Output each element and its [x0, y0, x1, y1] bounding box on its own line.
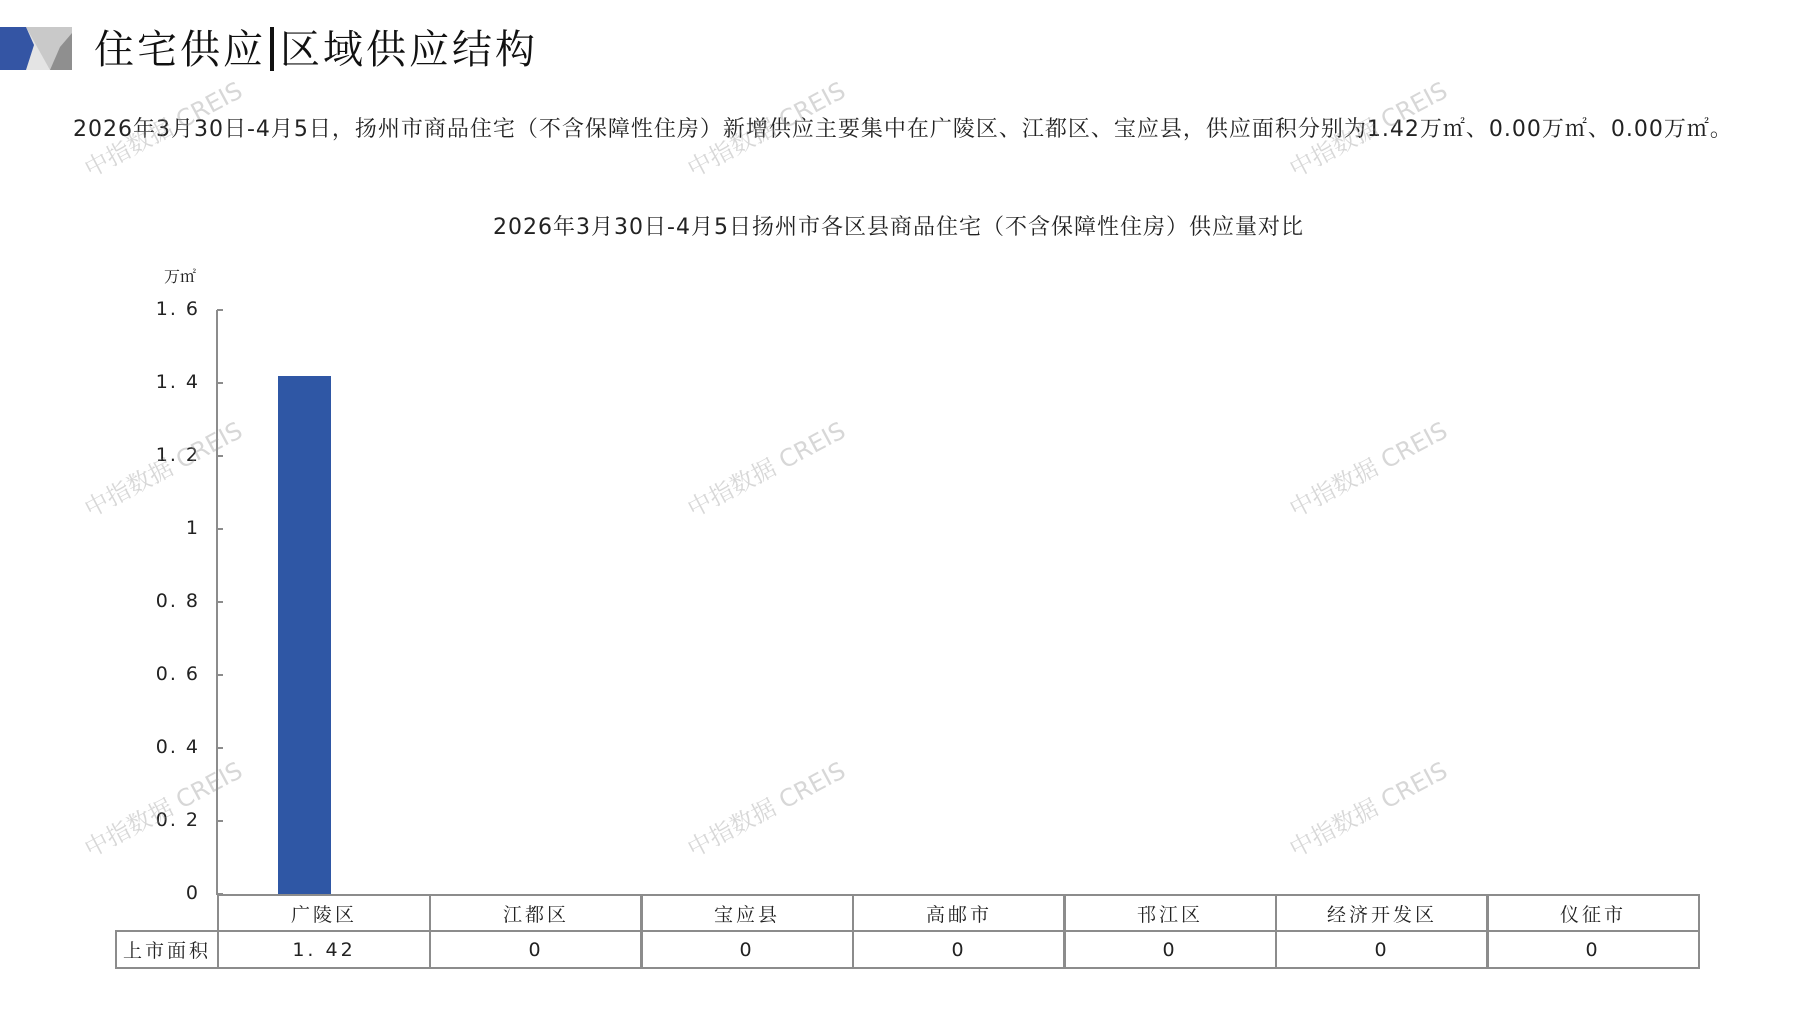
x-category-label: 广陵区	[217, 894, 431, 932]
y-tick-mark	[217, 382, 223, 384]
table-value-cell: 0	[1486, 930, 1700, 969]
watermark-text: 中指数据 CREIS	[1282, 751, 1453, 864]
watermark-text: 中指数据 CREIS	[1282, 411, 1453, 524]
watermark-text: 中指数据 CREIS	[77, 411, 248, 524]
x-category-label: 高邮市	[852, 894, 1066, 932]
table-value-cell: 0	[852, 930, 1066, 969]
y-axis-unit: 万㎡	[164, 264, 196, 287]
table-value-cell: 0	[640, 930, 854, 969]
y-tick-mark	[217, 601, 223, 603]
y-tick-mark	[217, 747, 223, 749]
table-value-cell: 0	[429, 930, 643, 969]
x-category-label: 江都区	[429, 894, 643, 932]
chart-title: 2026年3月30日-4月5日扬州市各区县商品住宅（不含保障性住房）供应量对比	[0, 210, 1797, 241]
y-tick-mark	[217, 674, 223, 676]
x-category-label: 宝应县	[640, 894, 854, 932]
row-label-listed-area: 上市面积	[115, 930, 219, 969]
table-value-cell: 0	[1063, 930, 1277, 969]
y-tick-label: 0. 6	[140, 663, 200, 685]
table-value-cell: 0	[1275, 930, 1489, 969]
y-tick-label: 0. 8	[140, 590, 200, 612]
summary-paragraph: 2026年3月30日-4月5日，扬州市商品住宅（不含保障性住房）新增供应主要集中…	[73, 113, 1753, 147]
x-category-label: 经济开发区	[1275, 894, 1489, 932]
bar-0	[278, 376, 331, 894]
y-tick-mark	[217, 455, 223, 457]
watermark-text: 中指数据 CREIS	[77, 751, 248, 864]
y-tick-mark	[217, 820, 223, 822]
x-category-label: 邗江区	[1063, 894, 1277, 932]
y-tick-label: 1. 6	[140, 298, 200, 320]
brand-logo-icon	[0, 27, 72, 70]
title-divider	[270, 27, 274, 71]
y-tick-label: 0	[140, 882, 200, 904]
y-tick-label: 1. 4	[140, 371, 200, 393]
y-tick-label: 1. 2	[140, 444, 200, 466]
page-title-subsection: 区域供应结构	[280, 27, 538, 73]
watermark-text: 中指数据 CREIS	[680, 751, 851, 864]
y-tick-label: 0. 4	[140, 736, 200, 758]
table-value-cell: 1. 42	[217, 930, 431, 969]
y-tick-label: 0. 2	[140, 809, 200, 831]
watermark-text: 中指数据 CREIS	[680, 411, 851, 524]
y-tick-label: 1	[140, 517, 200, 539]
y-tick-mark	[217, 528, 223, 530]
page-title-section: 住宅供应	[94, 27, 266, 73]
y-tick-mark	[217, 309, 223, 311]
x-category-label: 仪征市	[1486, 894, 1700, 932]
page-title: 住宅供应区域供应结构	[94, 22, 538, 78]
